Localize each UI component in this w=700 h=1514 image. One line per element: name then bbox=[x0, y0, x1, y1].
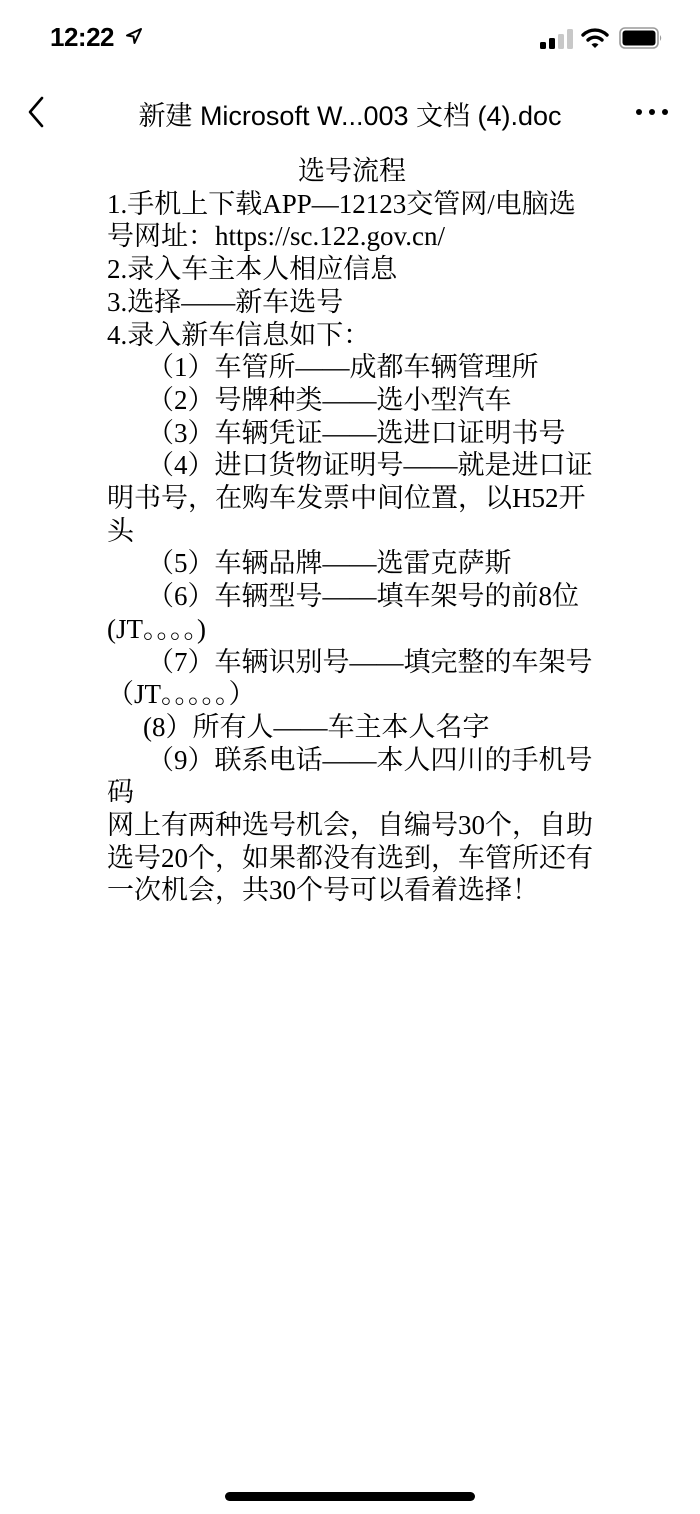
chevron-left-icon[interactable] bbox=[22, 92, 52, 132]
wifi-icon bbox=[581, 27, 609, 49]
ellipsis-icon[interactable] bbox=[634, 102, 670, 122]
doc-line: （7）车辆识别号——填完整的车架号（JT。。。。。） bbox=[107, 646, 597, 711]
doc-line: （1）车管所——成都车辆管理所 bbox=[107, 351, 597, 384]
doc-line: （3）车辆凭证——选进口证明书号 bbox=[107, 417, 597, 450]
doc-line: （6）车辆型号——填车架号的前8位(JT。。。。) bbox=[107, 580, 597, 645]
doc-line: 1.手机上下载APP—12123交管网/电脑选号网址：https://sc.12… bbox=[107, 188, 597, 253]
location-arrow-icon bbox=[124, 26, 144, 46]
doc-line: 网上有两种选号机会，自编号30个，自助选号20个，如果都没有选到，车管所还有一次… bbox=[107, 809, 597, 907]
document-title: 新建 Microsoft W...003 文档 (4).doc bbox=[70, 94, 630, 133]
status-time: 12:22 bbox=[50, 22, 114, 53]
doc-line: 3.选择——新车选号 bbox=[107, 286, 597, 319]
doc-line: （5）车辆品牌——选雷克萨斯 bbox=[107, 547, 597, 580]
nav-bar: 新建 Microsoft W...003 文档 (4).doc bbox=[0, 80, 700, 146]
doc-line: （2）号牌种类——选小型汽车 bbox=[107, 384, 597, 417]
doc-line: （4）进口货物证明号——就是进口证明书号，在购车发票中间位置，以H52开头 bbox=[107, 449, 597, 547]
cellular-signal-icon bbox=[540, 29, 574, 49]
doc-line: （9）联系电话——本人四川的手机号码 bbox=[107, 744, 597, 809]
doc-line: (8）所有人——车主本人名字 bbox=[107, 711, 597, 744]
doc-heading: 选号流程 bbox=[107, 155, 597, 188]
battery-icon bbox=[619, 27, 663, 49]
doc-line: 2.录入车主本人相应信息 bbox=[107, 253, 597, 286]
home-indicator[interactable] bbox=[225, 1492, 475, 1501]
doc-line: 4.录入新车信息如下： bbox=[107, 319, 597, 352]
document-body: 选号流程 1.手机上下载APP—12123交管网/电脑选号网址：https://… bbox=[107, 155, 597, 907]
status-bar: 12:22 bbox=[0, 0, 700, 80]
